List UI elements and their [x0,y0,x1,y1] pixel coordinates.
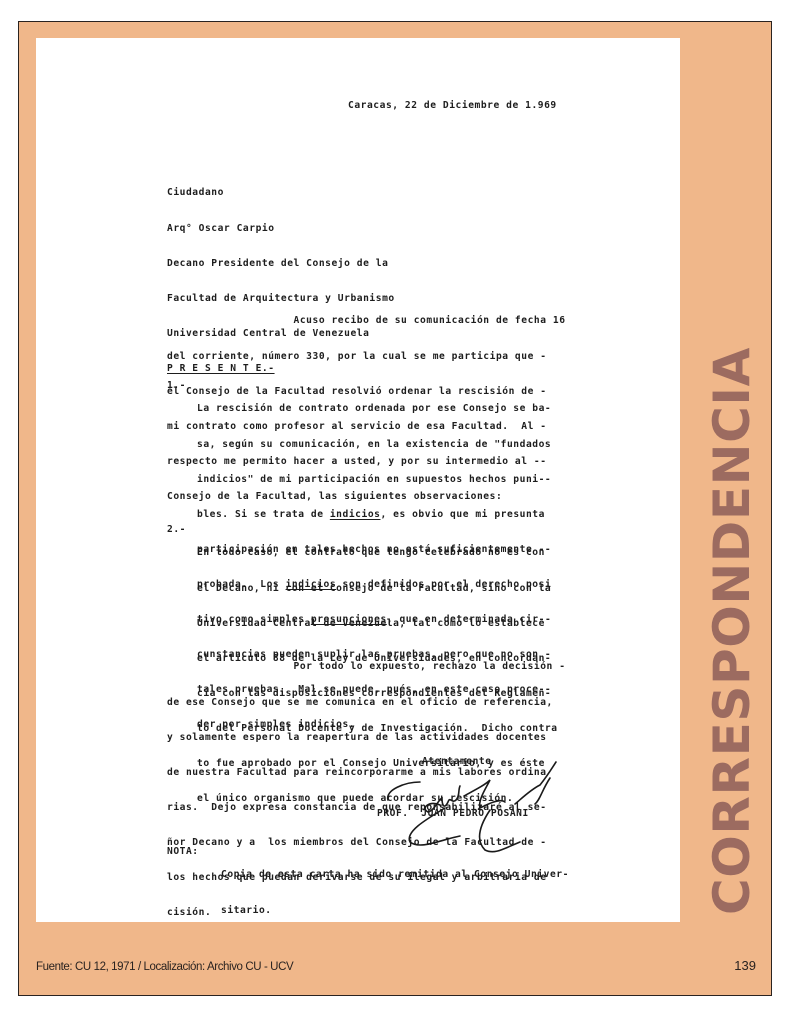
paragraph-line: el Decano, ni con el Consejo de la Facul… [197,583,558,595]
recipient-line: Decano Presidente del Consejo de la [167,258,395,270]
paragraph-line: sitario. [221,905,569,917]
point-2-number: 2.- [167,524,186,536]
section-label: CORRESPONDENCIA [710,347,754,915]
source-caption: Fuente: CU 12, 1971 / Localización: Arch… [36,961,293,973]
paragraph-line: Por todo lo expuesto, rechazo la decisió… [167,661,566,673]
note-text: Copia de esta carta ha sido remitida al … [221,846,569,928]
page-number: 139 [734,958,756,973]
paragraph-line: La rescisión de contrato ordenada por es… [197,403,551,415]
paragraph-line: del corriente, número 330, por la cual s… [167,351,566,363]
paragraph-line: Universidad Central de Venezuela, tal co… [197,618,558,630]
paragraph-line: indicios" de mi participación en supuest… [197,474,551,486]
letter-date: Caracas, 22 de Diciembre de 1.969 [348,100,557,112]
note-label: NOTA: [167,846,199,858]
paragraph-line: Copia de esta carta ha sido remitida al … [221,869,569,881]
signatory-name: PROF. JUAN PEDRO POSANI [377,808,529,820]
paragraph-line: En todo caso, el contrato que tengo cele… [197,547,558,559]
paragraph-line: Acuso recibo de su comunicación de fecha… [167,315,566,327]
paragraph-line: sa, según su comunicación, en la existen… [197,439,551,451]
paragraph-line: de ese Consejo que se me comunica en el … [167,697,566,709]
recipient-line: Arq° Oscar Carpio [167,223,395,235]
paragraph-line: bles. Si se trata de indicios, es obvio … [197,509,551,521]
underlined-term: indicios [330,509,381,520]
recipient-line: Ciudadano [167,187,395,199]
point-1-number: 1.- [167,380,186,392]
paragraph-line: y solamente espero la reapertura de las … [167,732,566,744]
